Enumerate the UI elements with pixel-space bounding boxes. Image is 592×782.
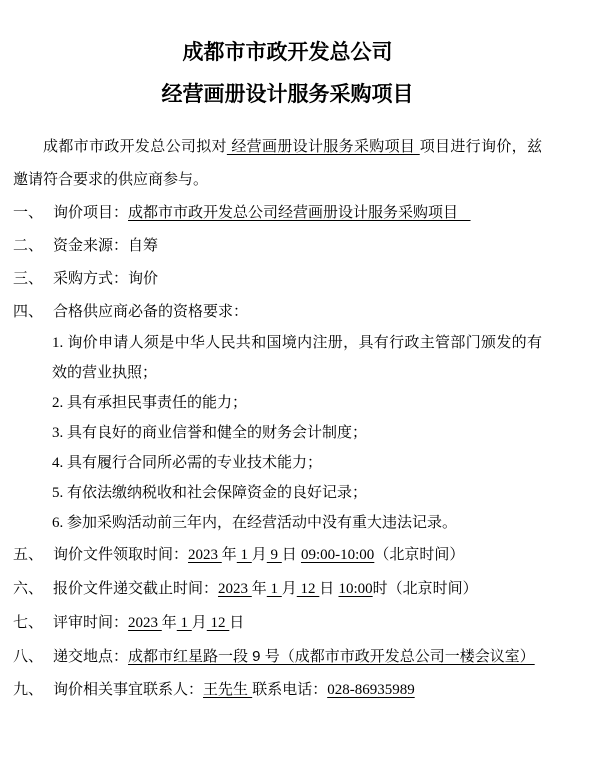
underlined-text: 王先生 [203, 681, 252, 698]
text-run: 日 [282, 546, 301, 563]
list-item: 一、询价项目：成都市市政开发总公司经营画册设计服务采购项目 [13, 196, 562, 229]
item-text: 评审时间：2023 年 1 月 12 日 [53, 606, 562, 640]
item-text: 询价文件领取时间：2023 年 1 月 9 日 09:00-10:00（北京时间… [53, 538, 562, 572]
text-run: 报价文件递交截止时间： [53, 580, 218, 597]
text-run: 递交地点： [53, 648, 128, 665]
doc-title-line2: 经营画册设计服务采购项目 [13, 82, 562, 106]
text-run: 月 [282, 580, 297, 597]
underlined-text: 成都市红星路一段 9 号（成都市市政开发总公司一楼会议室） [128, 648, 535, 665]
item-text: 合格供应商必备的资格要求： [53, 295, 562, 328]
text-run: 月 [252, 546, 267, 563]
underlined-text: 09:00-10:00 [301, 547, 374, 563]
text-run: 日 [319, 580, 338, 597]
text-run: 日 [229, 614, 244, 631]
text-run: （北京时间） [374, 546, 464, 563]
underlined-text: 1 [267, 581, 282, 597]
underlined-text: 经营画册设计服务采购项目 [227, 138, 420, 155]
intro-paragraph: 成都市市政开发总公司拟对 经营画册设计服务采购项目 项目进行询价，兹邀请符合要求… [13, 130, 542, 196]
document-page: 成都市市政开发总公司 经营画册设计服务采购项目 成都市市政开发总公司拟对 经营画… [0, 0, 592, 782]
item-number: 一、 [13, 196, 53, 229]
text-run: 联系电话： [252, 681, 327, 698]
text-run: 月 [192, 614, 207, 631]
item-text: 报价文件递交截止时间：2023 年 1 月 12 日 10:00时（北京时间） [53, 572, 562, 606]
item-text: 递交地点：成都市红星路一段 9 号（成都市市政开发总公司一楼会议室） [53, 640, 562, 673]
item-number: 五、 [13, 538, 53, 572]
text-run: 询价文件领取时间： [53, 546, 188, 563]
list-item: 六、报价文件递交截止时间：2023 年 1 月 12 日 10:00时（北京时间… [13, 572, 562, 606]
sub-item: 6. 参加采购活动前三年内，在经营活动中没有重大违法记录。 [52, 508, 542, 538]
text-run: 评审时间： [53, 614, 128, 631]
item-number: 九、 [13, 673, 53, 707]
underlined-text: 10:00 [338, 581, 372, 597]
list-item: 四、合格供应商必备的资格要求： [13, 295, 562, 328]
sub-item: 5. 有依法缴纳税收和社会保障资金的良好记录； [52, 478, 542, 508]
text-run: 年 [162, 614, 177, 631]
text-run: 时（北京时间） [373, 580, 478, 597]
text-run: 年 [222, 546, 237, 563]
underlined-text: 成都市市政开发总公司经营画册设计服务采购项目 [128, 204, 471, 221]
list-item: 八、递交地点：成都市红星路一段 9 号（成都市市政开发总公司一楼会议室） [13, 640, 562, 673]
underlined-text: 9 [267, 547, 282, 563]
list-item: 七、评审时间：2023 年 1 月 12 日 [13, 606, 562, 640]
sub-item: 3. 具有良好的商业信誉和健全的财务会计制度； [52, 418, 542, 448]
doc-title-line1: 成都市市政开发总公司 [13, 40, 562, 64]
underlined-text: 12 [207, 615, 230, 631]
underlined-text: 2023 [218, 581, 252, 597]
text-run: 年 [252, 580, 267, 597]
item-text: 询价项目：成都市市政开发总公司经营画册设计服务采购项目 [53, 196, 562, 229]
sub-item: 4. 具有履行合同所必需的专业技术能力； [52, 448, 542, 478]
underlined-text: 1 [237, 547, 252, 563]
item-number: 六、 [13, 572, 53, 606]
text-run: 采购方式：询价 [53, 270, 158, 287]
list-item: 三、采购方式：询价 [13, 262, 562, 295]
list-item: 九、询价相关事宜联系人：王先生 联系电话：028-86935989 [13, 673, 562, 707]
text-run: 询价相关事宜联系人： [53, 681, 203, 698]
underlined-text: 1 [177, 615, 192, 631]
item-number: 三、 [13, 262, 53, 295]
item-text: 资金来源：自筹 [53, 229, 562, 262]
item-number: 七、 [13, 606, 53, 640]
item-number: 四、 [13, 295, 53, 328]
underlined-text: 2023 [128, 615, 162, 631]
item-list: 一、询价项目：成都市市政开发总公司经营画册设计服务采购项目 二、资金来源：自筹三… [13, 196, 562, 707]
list-item: 五、询价文件领取时间：2023 年 1 月 9 日 09:00-10:00（北京… [13, 538, 562, 572]
item-number: 八、 [13, 640, 53, 673]
list-item: 二、资金来源：自筹 [13, 229, 562, 262]
text-run: 资金来源：自筹 [53, 237, 158, 254]
underlined-text: 12 [297, 581, 320, 597]
sub-item: 1. 询价申请人须是中华人民共和国境内注册，具有行政主管部门颁发的有效的营业执照… [52, 328, 542, 388]
text-run: 合格供应商必备的资格要求： [53, 303, 248, 320]
underlined-text: 028-86935989 [327, 682, 415, 698]
text-run: 成都市市政开发总公司拟对 [43, 138, 227, 155]
text-run: 询价项目： [53, 204, 128, 221]
underlined-text: 2023 [188, 547, 222, 563]
sub-item: 2. 具有承担民事责任的能力； [52, 388, 542, 418]
item-text: 询价相关事宜联系人：王先生 联系电话：028-86935989 [53, 673, 562, 707]
item-number: 二、 [13, 229, 53, 262]
item-text: 采购方式：询价 [53, 262, 562, 295]
